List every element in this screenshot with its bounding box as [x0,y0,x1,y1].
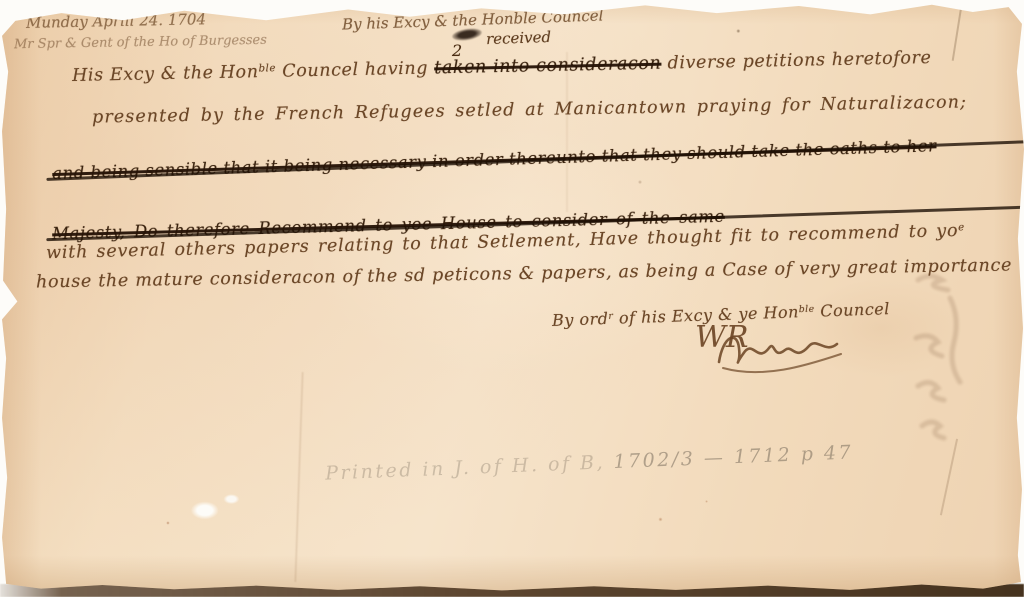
pencil-note-part2: 1702/3 — 1712 p 47 [613,441,853,473]
pencil-note-part1: Printed in J. of H. of B, [325,451,606,484]
address-line: Mr Spr & Gent of the Ho of Burgesses [14,33,267,52]
paper-crack-top [952,6,962,61]
paper-crease-lower [294,372,303,582]
superscript-e: e [958,222,965,233]
closing-post: Councel [814,299,890,321]
superscript-ble: ble [258,63,276,74]
strikethrough-text-1: taken into consideracon [434,54,662,79]
body-line-1: His Excy & the Honble Councel having tak… [72,48,932,86]
body-line-3-struck: and being sensible that it being necessa… [52,132,1024,183]
closing-pre: By ord [552,309,609,330]
clerk-signature: WR [695,322,845,382]
body-line-2: presented by the French Refugees setled … [92,92,967,127]
paper-crease-upper [566,52,568,212]
strikethrough-text-3: and being sensible that it being necessa… [52,136,937,183]
superscript-ble-2: ble [799,304,815,316]
ink-bleedthrough-marks [888,268,1008,453]
manuscript-paper: Munday Aprill 24. 1704 Mr Spr & Gent of … [0,0,1024,597]
date-line: Munday Aprill 24. 1704 [26,10,206,32]
body-line-1-text: His Excy & the Hon [72,62,259,86]
body-line-6: house the mature consideracon of the sd … [36,255,1012,292]
pencil-note: Printed in J. of H. of B, 1702/3 — 1712 … [325,441,854,484]
manuscript-scan: Munday Aprill 24. 1704 Mr Spr & Gent of … [0,0,1024,597]
body-line-1-post: diverse petitions heretofore [661,48,931,74]
signature-flourish [713,324,853,380]
body-line-1-mid: Councel having [276,58,435,81]
received-note: received [486,28,552,48]
